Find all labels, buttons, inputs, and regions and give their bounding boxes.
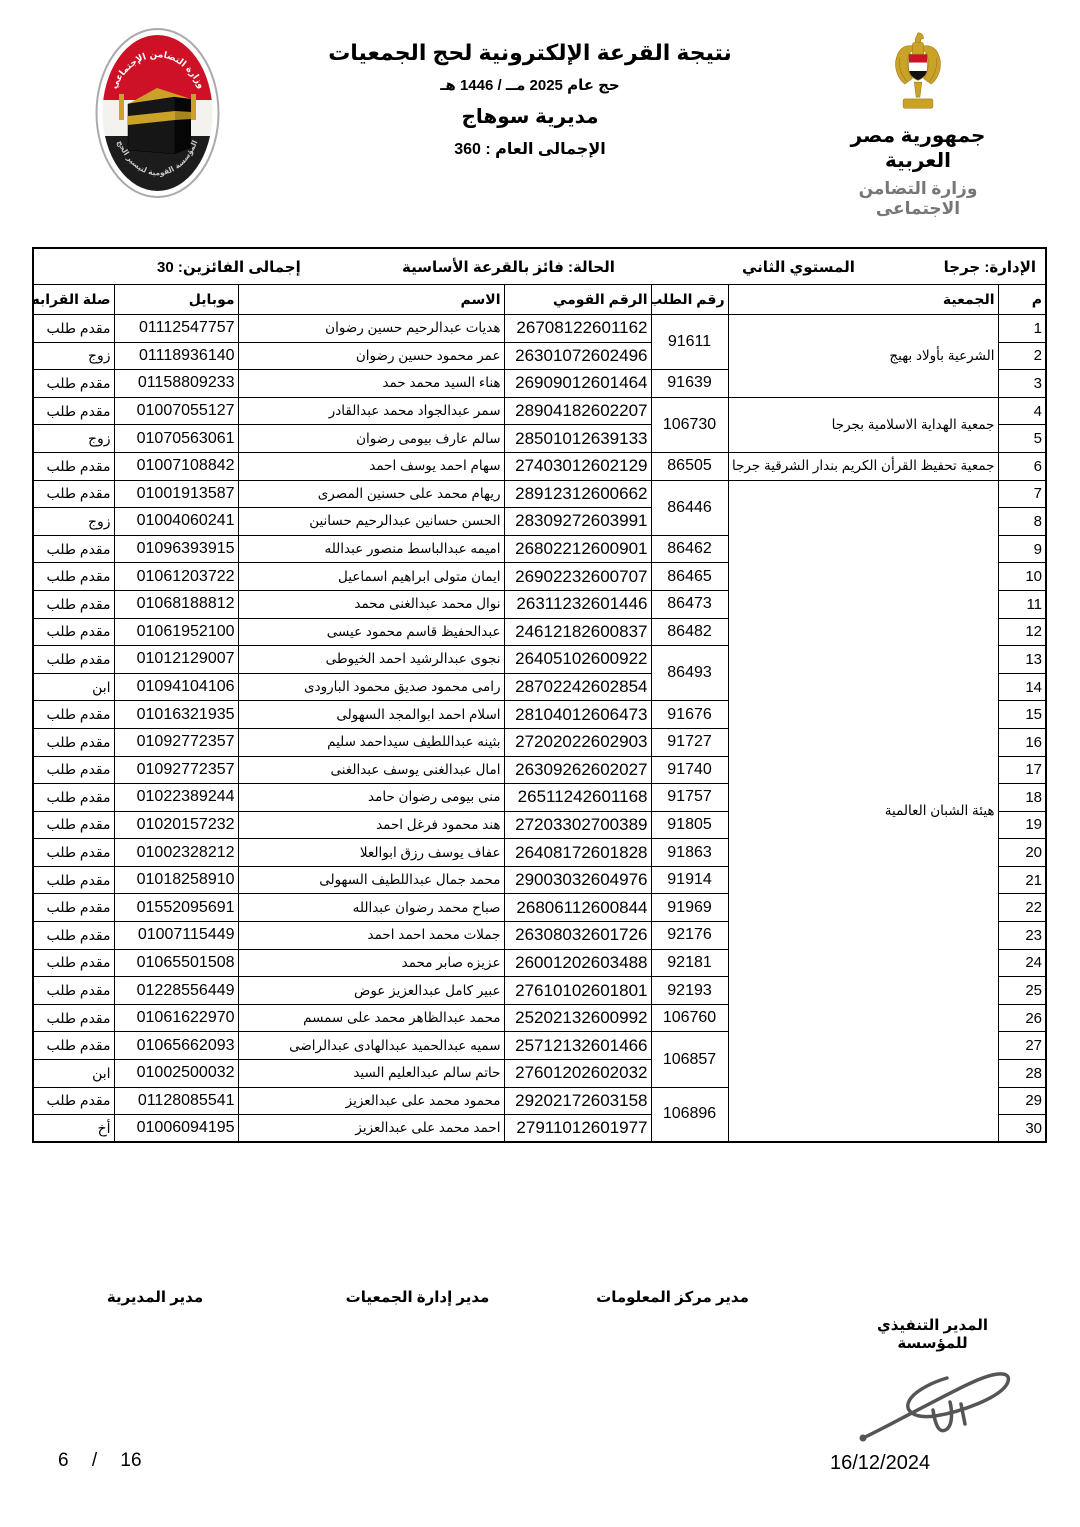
table-row: 6جمعية تحفيظ القرأن الكريم بندار الشرقية…: [33, 452, 1046, 480]
lottery-results-table: الإدارة: جرجا المستوي الثاني الحالة: فائ…: [32, 247, 1047, 1143]
grand-total-line: الإجمالى العام : 360: [270, 139, 790, 159]
national-id-cell: 25712132601466: [504, 1032, 651, 1060]
row-index-cell: 25: [998, 977, 1046, 1005]
name-cell: عبدالحفيظ قاسم محمود عيسى: [238, 618, 504, 646]
request-number-cell: 92181: [651, 949, 728, 977]
egypt-eagle-icon: [890, 30, 946, 112]
name-cell: الحسن حسانين عبدالرحيم حسانين: [238, 508, 504, 536]
mobile-cell: 01007055127: [114, 397, 238, 425]
association-cell: هيئة الشبان العالمية: [728, 480, 998, 1142]
name-cell: محمد جمال عبداللطيف السهولى: [238, 866, 504, 894]
relation-cell: زوج: [33, 508, 114, 536]
mobile-cell: 01096393915: [114, 535, 238, 563]
row-index-cell: 7: [998, 480, 1046, 508]
request-number-cell: 91727: [651, 728, 728, 756]
national-id-cell: 26311232601446: [504, 590, 651, 618]
relation-cell: مقدم طلب: [33, 563, 114, 591]
national-id-cell: 25202132600992: [504, 1004, 651, 1032]
mobile-cell: 01118936140: [114, 342, 238, 370]
national-id-cell: 26308032601726: [504, 922, 651, 950]
relation-cell: مقدم طلب: [33, 922, 114, 950]
relation-cell: زوج: [33, 342, 114, 370]
request-number-cell: 92193: [651, 977, 728, 1005]
national-id-cell: 28912312600662: [504, 480, 651, 508]
row-index-cell: 15: [998, 701, 1046, 729]
page-indicator: 6 / 16: [58, 1450, 160, 1472]
mobile-cell: 01061622970: [114, 1004, 238, 1032]
relation-cell: ابن: [33, 1060, 114, 1088]
hajj-year-line: حج عام 2025 مــ / 1446 هـ: [270, 76, 790, 94]
request-number-cell: 86446: [651, 480, 728, 535]
request-number-cell: 91676: [651, 701, 728, 729]
directorate-line: مديرية سوهاج: [270, 104, 790, 129]
header-association: الجمعية: [728, 285, 998, 315]
request-number-cell: 86493: [651, 646, 728, 701]
name-cell: هناء السيد محمد حمد: [238, 370, 504, 398]
total-winners-label: إجمالى الفائزين: 30: [157, 258, 301, 276]
header-relation: صلة القرابه: [33, 285, 114, 315]
relation-cell: مقدم طلب: [33, 784, 114, 812]
name-cell: جملات محمد احمد احمد: [238, 922, 504, 950]
name-cell: محمد عبدالظاهر محمد على سمسم: [238, 1004, 504, 1032]
document-date: 16/12/2024: [830, 1452, 930, 1475]
name-cell: سهام احمد يوسف احمد: [238, 452, 504, 480]
mobile-cell: 01018258910: [114, 866, 238, 894]
name-cell: سميه عبدالحميد عبدالهادى عبدالراضى: [238, 1032, 504, 1060]
row-index-cell: 16: [998, 728, 1046, 756]
relation-cell: مقدم طلب: [33, 590, 114, 618]
national-id-cell: 27403012602129: [504, 452, 651, 480]
ministry-name: وزارة التضامن الاجتماعى: [818, 179, 1018, 219]
row-index-cell: 6: [998, 452, 1046, 480]
row-index-cell: 3: [998, 370, 1046, 398]
national-id-cell: 28904182602207: [504, 397, 651, 425]
page-current: 6: [58, 1450, 69, 1471]
mobile-cell: 01112547757: [114, 315, 238, 343]
mobile-cell: 01092772357: [114, 756, 238, 784]
row-index-cell: 19: [998, 811, 1046, 839]
national-id-cell: 27202022602903: [504, 728, 651, 756]
mobile-cell: 01012129007: [114, 646, 238, 674]
document-page: وزارة التضامن الإجتماعي المؤسسة القومية …: [0, 0, 1080, 1527]
national-id-cell: 26001202603488: [504, 949, 651, 977]
name-cell: حاتم سالم عبدالعليم السيد: [238, 1060, 504, 1088]
request-number-cell: 92176: [651, 922, 728, 950]
table-row: 1الشرعية بأولاد بهيج9161126708122601162ه…: [33, 315, 1046, 343]
relation-cell: مقدم طلب: [33, 1087, 114, 1115]
mobile-cell: 01002328212: [114, 839, 238, 867]
row-index-cell: 23: [998, 922, 1046, 950]
national-id-cell: 26301072602496: [504, 342, 651, 370]
name-cell: هديات عبدالرحيم حسين رضوان: [238, 315, 504, 343]
request-number-cell: 106730: [651, 397, 728, 452]
relation-cell: زوج: [33, 425, 114, 453]
association-cell: جمعية تحفيظ القرأن الكريم بندار الشرقية …: [728, 452, 998, 480]
relation-cell: مقدم طلب: [33, 866, 114, 894]
header-name: الاسم: [238, 285, 504, 315]
request-number-cell: 91969: [651, 894, 728, 922]
row-index-cell: 18: [998, 784, 1046, 812]
row-index-cell: 9: [998, 535, 1046, 563]
row-index-cell: 10: [998, 563, 1046, 591]
row-index-cell: 21: [998, 866, 1046, 894]
mobile-cell: 01552095691: [114, 894, 238, 922]
row-index-cell: 4: [998, 397, 1046, 425]
request-number-cell: 106857: [651, 1032, 728, 1087]
relation-cell: مقدم طلب: [33, 1004, 114, 1032]
national-id-cell: 26408172601828: [504, 839, 651, 867]
signatory-information: مدير مركز المعلومات: [580, 1288, 765, 1306]
request-number-cell: 106896: [651, 1087, 728, 1142]
signatory-associations: مدير إدارة الجمعيات: [325, 1288, 510, 1306]
header-request-no: رقم الطلب: [651, 285, 728, 315]
association-cell: جمعية الهداية الاسلامية بجرجا: [728, 397, 998, 452]
row-index-cell: 28: [998, 1060, 1046, 1088]
national-id-cell: 26909012601464: [504, 370, 651, 398]
name-cell: عمر محمود حسين رضوان: [238, 342, 504, 370]
info-bar-row: الإدارة: جرجا المستوي الثاني الحالة: فائ…: [33, 248, 1046, 285]
level-label: المستوي الثاني: [742, 258, 855, 276]
mobile-cell: 01228556449: [114, 977, 238, 1005]
relation-cell: أخ: [33, 1115, 114, 1143]
table-row: 7هيئة الشبان العالمية8644628912312600662…: [33, 480, 1046, 508]
mobile-cell: 01068188812: [114, 590, 238, 618]
status-label: الحالة: فائز بالقرعة الأساسية: [402, 258, 615, 276]
name-cell: ايمان متولى ابراهيم اسماعيل: [238, 563, 504, 591]
mobile-cell: 01061952100: [114, 618, 238, 646]
relation-cell: مقدم طلب: [33, 701, 114, 729]
relation-cell: مقدم طلب: [33, 949, 114, 977]
name-cell: امال عبدالغنى يوسف عبدالغنى: [238, 756, 504, 784]
name-cell: سالم عارف بيومى رضوان: [238, 425, 504, 453]
administration-label: الإدارة: جرجا: [944, 258, 1036, 276]
relation-cell: مقدم طلب: [33, 452, 114, 480]
name-cell: احمد محمد على عبدالعزيز: [238, 1115, 504, 1143]
relation-cell: مقدم طلب: [33, 480, 114, 508]
mobile-cell: 01061203722: [114, 563, 238, 591]
national-id-cell: 28702242602854: [504, 673, 651, 701]
mobile-cell: 01007115449: [114, 922, 238, 950]
national-id-cell: 26511242601168: [504, 784, 651, 812]
mobile-cell: 01065501508: [114, 949, 238, 977]
national-id-cell: 26806112600844: [504, 894, 651, 922]
request-number-cell: 106760: [651, 1004, 728, 1032]
relation-cell: مقدم طلب: [33, 839, 114, 867]
name-cell: صباح محمد رضوان عبدالله: [238, 894, 504, 922]
page-separator: /: [92, 1450, 97, 1471]
mobile-cell: 01070563061: [114, 425, 238, 453]
national-id-cell: 28104012606473: [504, 701, 651, 729]
mobile-cell: 01001913587: [114, 480, 238, 508]
table-header-row: م الجمعية رقم الطلب الرقم القومي الاسم م…: [33, 285, 1046, 315]
relation-cell: مقدم طلب: [33, 756, 114, 784]
national-id-cell: 26309262602027: [504, 756, 651, 784]
hajj-foundation-logo: وزارة التضامن الإجتماعي المؤسسة القومية …: [95, 28, 220, 198]
kaaba-logo-icon: وزارة التضامن الإجتماعي المؤسسة القومية …: [95, 28, 220, 198]
name-cell: رامى محمود صديق محمود البارودى: [238, 673, 504, 701]
name-cell: ريهام محمد على حسنين المصرى: [238, 480, 504, 508]
header-mobile: موبايل: [114, 285, 238, 315]
relation-cell: مقدم طلب: [33, 397, 114, 425]
request-number-cell: 91805: [651, 811, 728, 839]
title-block: نتيجة القرعة الإلكترونية لحج الجمعيات حج…: [270, 40, 790, 159]
national-id-cell: 28309272603991: [504, 508, 651, 536]
row-index-cell: 22: [998, 894, 1046, 922]
request-number-cell: 86465: [651, 563, 728, 591]
name-cell: هند محمود فرغل احمد: [238, 811, 504, 839]
mobile-cell: 01094104106: [114, 673, 238, 701]
name-cell: عبير كامل عبدالعزيز عوض: [238, 977, 504, 1005]
row-index-cell: 24: [998, 949, 1046, 977]
mobile-cell: 01002500032: [114, 1060, 238, 1088]
national-id-cell: 26708122601162: [504, 315, 651, 343]
national-id-cell: 29003032604976: [504, 866, 651, 894]
relation-cell: مقدم طلب: [33, 535, 114, 563]
row-index-cell: 29: [998, 1087, 1046, 1115]
executive-signature: [855, 1340, 1015, 1450]
signature-scribble-icon: [855, 1340, 1015, 1450]
name-cell: نجوى عبدالرشيد احمد الخيوطى: [238, 646, 504, 674]
national-id-cell: 28501012639133: [504, 425, 651, 453]
page-total: 16: [120, 1450, 141, 1471]
request-number-cell: 86462: [651, 535, 728, 563]
national-id-cell: 24612182600837: [504, 618, 651, 646]
row-index-cell: 2: [998, 342, 1046, 370]
row-index-cell: 17: [998, 756, 1046, 784]
mobile-cell: 01007108842: [114, 452, 238, 480]
country-name: جمهورية مصر العربية: [818, 123, 1018, 173]
request-number-cell: 91611: [651, 315, 728, 370]
name-cell: محمود محمد على عبدالعزيز: [238, 1087, 504, 1115]
national-id-cell: 26802212600901: [504, 535, 651, 563]
name-cell: سمر عبدالجواد محمد عبدالقادر: [238, 397, 504, 425]
relation-cell: مقدم طلب: [33, 977, 114, 1005]
request-number-cell: 91914: [651, 866, 728, 894]
relation-cell: مقدم طلب: [33, 646, 114, 674]
national-id-cell: 27203302700389: [504, 811, 651, 839]
row-index-cell: 1: [998, 315, 1046, 343]
national-id-cell: 26902232600707: [504, 563, 651, 591]
request-number-cell: 86505: [651, 452, 728, 480]
request-number-cell: 91757: [651, 784, 728, 812]
table-row: 4جمعية الهداية الاسلامية بجرجا1067302890…: [33, 397, 1046, 425]
relation-cell: مقدم طلب: [33, 811, 114, 839]
relation-cell: مقدم طلب: [33, 370, 114, 398]
header-index: م: [998, 285, 1046, 315]
row-index-cell: 14: [998, 673, 1046, 701]
row-index-cell: 27: [998, 1032, 1046, 1060]
row-index-cell: 30: [998, 1115, 1046, 1143]
mobile-cell: 01004060241: [114, 508, 238, 536]
header-national-id: الرقم القومي: [504, 285, 651, 315]
request-number-cell: 86482: [651, 618, 728, 646]
national-id-cell: 29202172603158: [504, 1087, 651, 1115]
government-logo-block: جمهورية مصر العربية وزارة التضامن الاجتم…: [818, 30, 1018, 219]
name-cell: بثينه عبداللطيف سيداحمد سليم: [238, 728, 504, 756]
row-index-cell: 11: [998, 590, 1046, 618]
national-id-cell: 27601202602032: [504, 1060, 651, 1088]
request-number-cell: 91639: [651, 370, 728, 398]
row-index-cell: 12: [998, 618, 1046, 646]
name-cell: اميمه عبدالباسط منصور عبدالله: [238, 535, 504, 563]
row-index-cell: 20: [998, 839, 1046, 867]
association-cell: الشرعية بأولاد بهيج: [728, 315, 998, 398]
results-table-body: 1الشرعية بأولاد بهيج9161126708122601162ه…: [33, 315, 1046, 1143]
relation-cell: مقدم طلب: [33, 1032, 114, 1060]
national-id-cell: 27610102601801: [504, 977, 651, 1005]
mobile-cell: 01016321935: [114, 701, 238, 729]
mobile-cell: 01092772357: [114, 728, 238, 756]
mobile-cell: 01020157232: [114, 811, 238, 839]
request-number-cell: 91740: [651, 756, 728, 784]
mobile-cell: 01022389244: [114, 784, 238, 812]
row-index-cell: 5: [998, 425, 1046, 453]
name-cell: اسلام احمد ابوالمجد السهولى: [238, 701, 504, 729]
row-index-cell: 8: [998, 508, 1046, 536]
mobile-cell: 01006094195: [114, 1115, 238, 1143]
row-index-cell: 26: [998, 1004, 1046, 1032]
request-number-cell: 86473: [651, 590, 728, 618]
relation-cell: مقدم طلب: [33, 315, 114, 343]
relation-cell: مقدم طلب: [33, 894, 114, 922]
request-number-cell: 91863: [651, 839, 728, 867]
mobile-cell: 01128085541: [114, 1087, 238, 1115]
mobile-cell: 01065662093: [114, 1032, 238, 1060]
document-title: نتيجة القرعة الإلكترونية لحج الجمعيات: [270, 40, 790, 66]
national-id-cell: 26405102600922: [504, 646, 651, 674]
relation-cell: ابن: [33, 673, 114, 701]
name-cell: عفاف يوسف رزق ابوالعلا: [238, 839, 504, 867]
mobile-cell: 01158809233: [114, 370, 238, 398]
relation-cell: مقدم طلب: [33, 618, 114, 646]
relation-cell: مقدم طلب: [33, 728, 114, 756]
name-cell: نوال محمد عبدالغنى محمد: [238, 590, 504, 618]
signatory-directorate: مدير المديرية: [70, 1288, 240, 1306]
row-index-cell: 13: [998, 646, 1046, 674]
name-cell: عزيزه صابر محمد: [238, 949, 504, 977]
national-id-cell: 27911012601977: [504, 1115, 651, 1143]
name-cell: منى بيومى رضوان حامد: [238, 784, 504, 812]
